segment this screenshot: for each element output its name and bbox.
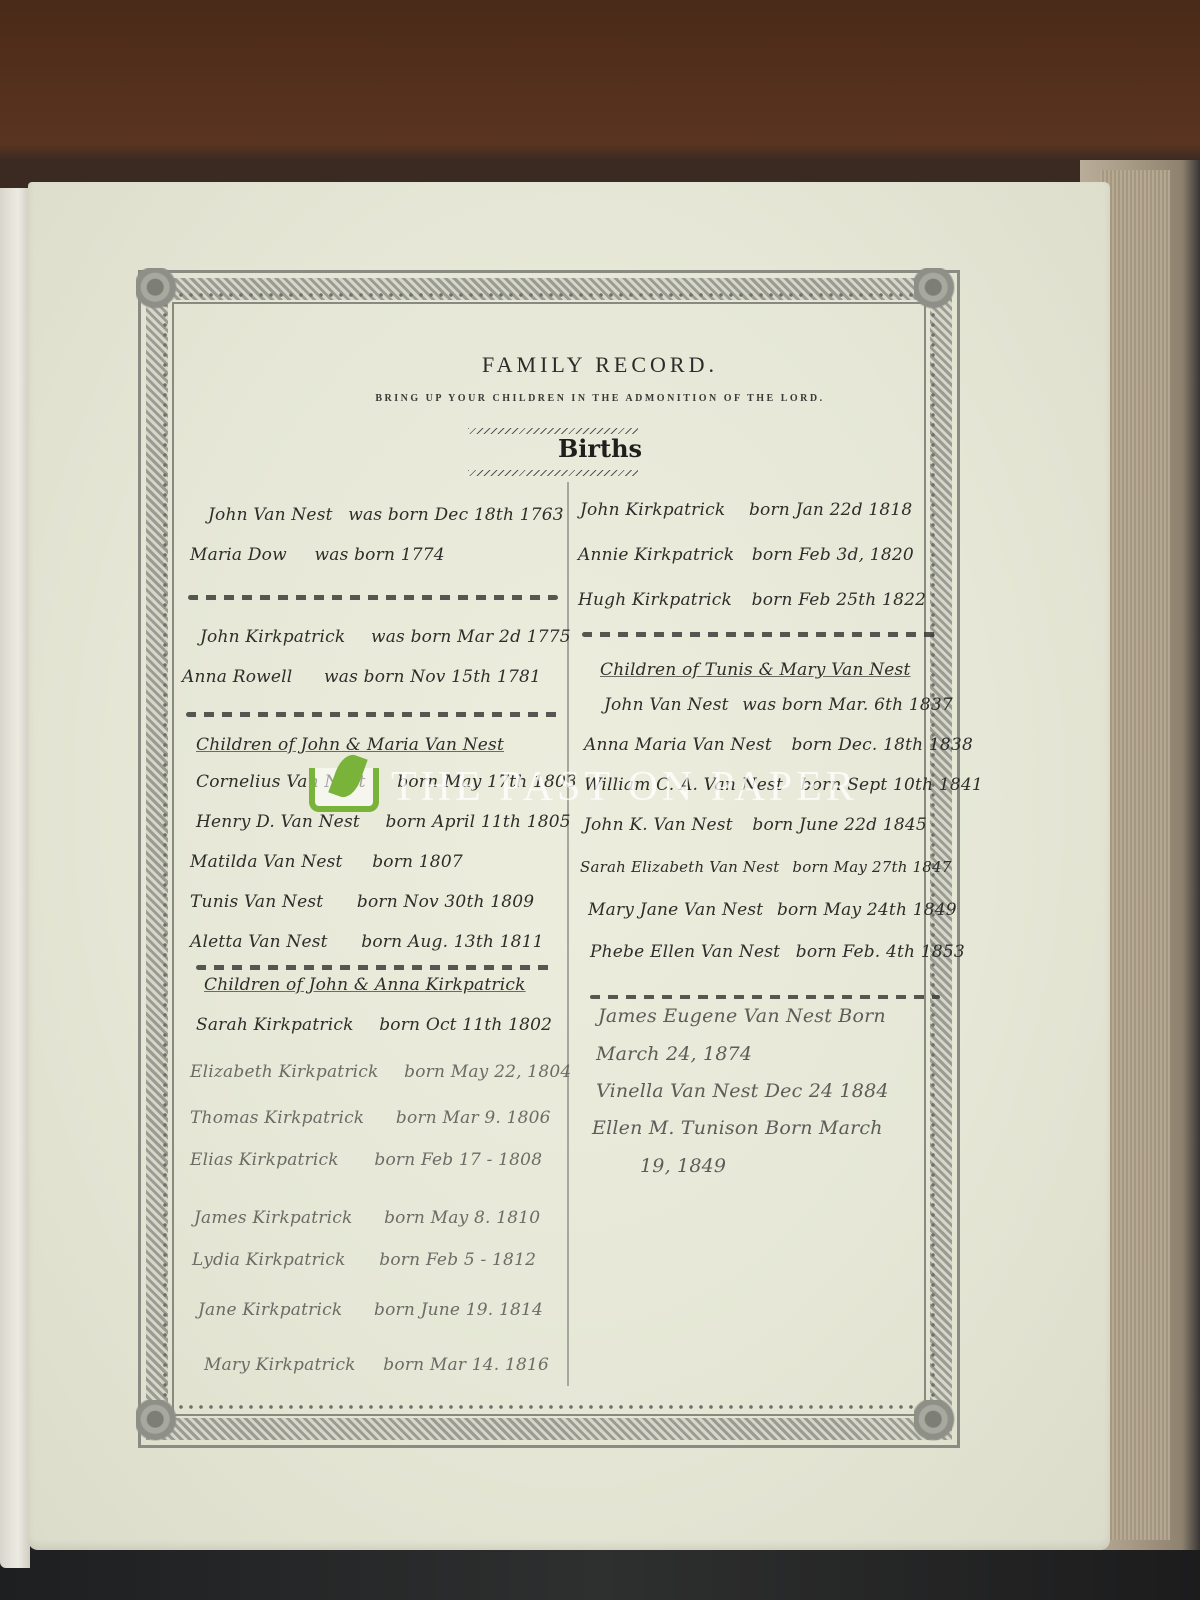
column-divider <box>567 482 569 1386</box>
birth-entry: Tunis Van Nest born Nov 30th 1809 <box>190 892 534 912</box>
corner-ornament-icon <box>136 268 184 316</box>
birth-entry: Thomas Kirkpatrick born Mar 9. 1806 <box>190 1108 551 1128</box>
separator-flourish <box>590 995 940 999</box>
birth-entry: James Kirkpatrick born May 8. 1810 <box>194 1208 540 1228</box>
page-subtitle: BRING UP YOUR CHILDREN IN THE ADMONITION… <box>0 393 1200 404</box>
pencil-entry: James Eugene Van Nest Born <box>598 1005 886 1027</box>
pencil-entry: 19, 1849 <box>640 1155 726 1177</box>
separator-flourish <box>196 965 556 970</box>
family-group-heading: Children of John & Anna Kirkpatrick <box>204 975 526 995</box>
birth-entry: Sarah Elizabeth Van Nest born May 27th 1… <box>580 858 952 876</box>
birth-entry: John Kirkpatrick born Jan 22d 1818 <box>580 500 912 520</box>
birth-entry: Mary Kirkpatrick born Mar 14. 1816 <box>204 1355 549 1375</box>
border-dots-right <box>930 300 936 1410</box>
corner-ornament-icon <box>136 1400 184 1448</box>
birth-entry: John Kirkpatrick was born Mar 2d 1775 <box>200 627 571 647</box>
pencil-entry: Ellen M. Tunison Born March <box>592 1117 883 1139</box>
family-group-heading: Children of Tunis & Mary Van Nest <box>600 660 911 680</box>
page-title: FAMILY RECORD. <box>0 352 1200 378</box>
book-leaf-logo-icon <box>305 752 385 822</box>
birth-entry: Annie Kirkpatrick born Feb 3d, 1820 <box>578 545 914 565</box>
separator-flourish <box>582 632 938 637</box>
birth-entry: Anna Rowell was born Nov 15th 1781 <box>182 667 541 687</box>
separator-flourish <box>188 595 558 600</box>
birth-entry: Sarah Kirkpatrick born Oct 11th 1802 <box>196 1015 552 1035</box>
birth-entry: John Van Nest was born Dec 18th 1763 <box>208 505 564 525</box>
corner-ornament-icon <box>914 268 962 316</box>
corner-ornament-icon <box>914 1400 962 1448</box>
birth-entry: Lydia Kirkpatrick born Feb 5 - 1812 <box>192 1250 536 1270</box>
birth-entry: Elizabeth Kirkpatrick born May 22, 1804 <box>190 1062 571 1082</box>
birth-entry: Maria Dow was born 1774 <box>190 545 445 565</box>
birth-entry: Elias Kirkpatrick born Feb 17 - 1808 <box>190 1150 542 1170</box>
birth-entry: Jane Kirkpatrick born June 19. 1814 <box>198 1300 543 1320</box>
birth-entry: John Van Nest was born Mar. 6th 1837 <box>604 695 953 715</box>
birth-entry: Mary Jane Van Nest born May 24th 1849 <box>588 900 957 920</box>
birth-entry: Matilda Van Nest born 1807 <box>190 852 463 872</box>
section-title: Births <box>0 434 1200 463</box>
wavy-rule-bottom <box>468 470 638 476</box>
watermark-text: THE PAST ON PAPER <box>391 763 858 811</box>
watermark: THE PAST ON PAPER <box>305 752 858 822</box>
border-dots-top <box>176 292 922 298</box>
birth-entry: Phebe Ellen Van Nest born Feb. 4th 1853 <box>590 942 965 962</box>
separator-flourish <box>186 712 562 717</box>
pencil-entry: March 24, 1874 <box>596 1043 752 1065</box>
birth-entry: Hugh Kirkpatrick born Feb 25th 1822 <box>578 590 926 610</box>
border-dots-left <box>162 300 168 1410</box>
birth-entry: Aletta Van Nest born Aug. 13th 1811 <box>190 932 544 952</box>
border-dots-bottom <box>176 1404 922 1410</box>
pencil-entry: Vinella Van Nest Dec 24 1884 <box>596 1080 889 1102</box>
